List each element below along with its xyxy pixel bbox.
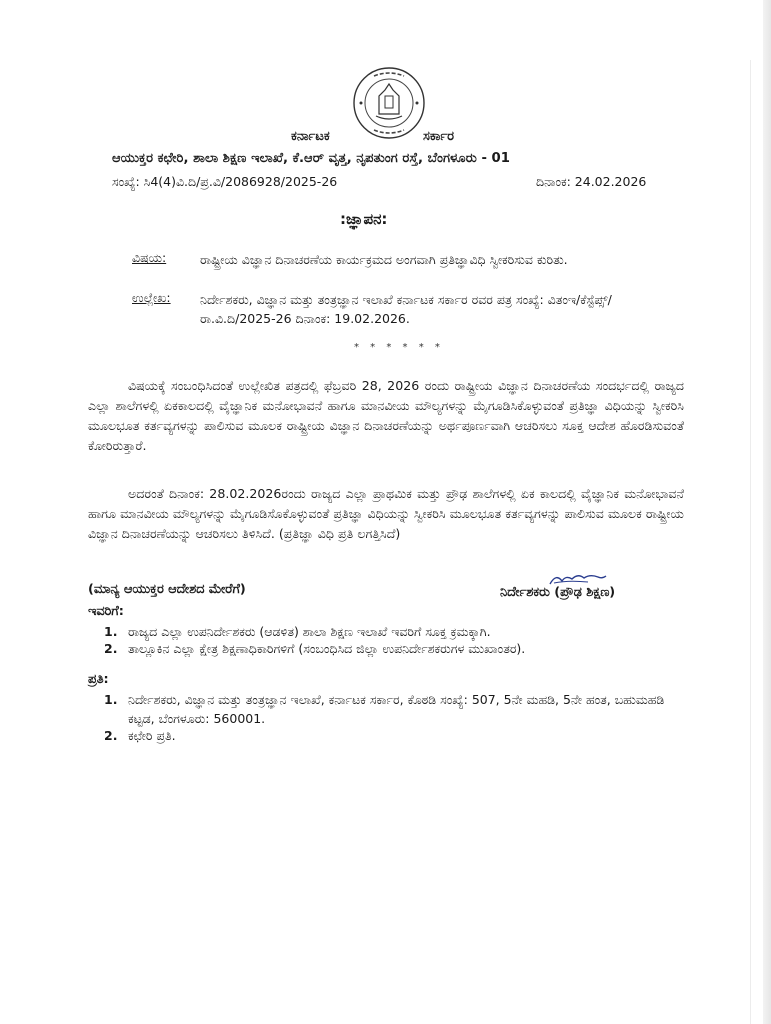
list-number: 2. — [104, 726, 117, 745]
body-paragraph-1: ವಿಷಯಕ್ಕೆ ಸಂಬಂಧಿಸಿದಂತೆ ಉಲ್ಲೇಖಿತ ಪತ್ರದಲ್ಲಿ… — [88, 376, 684, 456]
page-edge-shadow — [763, 0, 771, 1024]
government-label-right: ಸರ್ಕಾರ — [423, 129, 454, 144]
subject-label: ವಿಷಯ: — [132, 250, 166, 266]
separator-stars: * * * * * * — [354, 342, 444, 353]
list-text: ತಾಲ್ಲೂಕಿನ ಎಲ್ಲಾ ಕ್ಷೇತ್ರ ಶಿಕ್ಷಣಾಧಿಕಾರಿಗಳಿ… — [128, 639, 688, 658]
karnataka-emblem-icon — [352, 66, 426, 140]
signatory-title: ನಿರ್ದೇಶಕರು (ಪ್ರೌಢ ಶಿಕ್ಷಣ) — [500, 585, 615, 600]
reference-number: ಸಂಖ್ಯೆ: ಸಿ4(4)ವಿ.ದಿ/ಪ್ರ.ವಿ/2086928/2025-… — [112, 174, 337, 190]
reference-text: ನಿರ್ದೇಶಕರು, ವಿಜ್ಞಾನ ಮತ್ತು ತಂತ್ರಜ್ಞಾನ ಇಲಾ… — [200, 290, 670, 328]
office-address: ಆಯುಕ್ತರ ಕಛೇರಿ, ಶಾಲಾ ಶಿಕ್ಷಣ ಇಲಾಖೆ, ಕೆ.ಆರ್… — [112, 151, 510, 166]
document-title: :ಜ್ಞಾಪನ: — [340, 210, 387, 228]
scan-edge-line — [750, 60, 751, 1024]
recipients-heading: ಇವರಿಗೆ: — [88, 604, 124, 619]
document-date: ದಿನಾಂಕ: 24.02.2026 — [536, 174, 646, 190]
list-text: ನಿರ್ದೇಶಕರು, ವಿಜ್ಞಾನ ಮತ್ತು ತಂತ್ರಜ್ಞಾನ ಇಲಾ… — [128, 690, 688, 728]
reference-label: ಉಲ್ಲೇಖ: — [132, 290, 171, 306]
list-number: 1. — [104, 690, 117, 709]
government-label-left: ಕರ್ನಾಟಕ — [291, 129, 330, 144]
list-number: 2. — [104, 639, 117, 658]
subject-text: ರಾಷ್ಟ್ರೀಯ ವಿಜ್ಞಾನ ದಿನಾಚರಣೆಯ ಕಾರ್ಯಕ್ರಮದ ಅ… — [200, 250, 670, 269]
by-order-line: (ಮಾನ್ಯ ಆಯುಕ್ತರ ಆದೇಶದ ಮೇರೆಗೆ) — [88, 582, 246, 597]
copies-heading: ಪ್ರತಿ: — [88, 672, 109, 687]
list-text: ಕಛೇರಿ ಪ್ರತಿ. — [128, 726, 688, 745]
body-paragraph-2: ಅದರಂತೆ ದಿನಾಂಕ: 28.02.2026ರಂದು ರಾಜ್ಯದ ಎಲ್… — [88, 484, 684, 544]
